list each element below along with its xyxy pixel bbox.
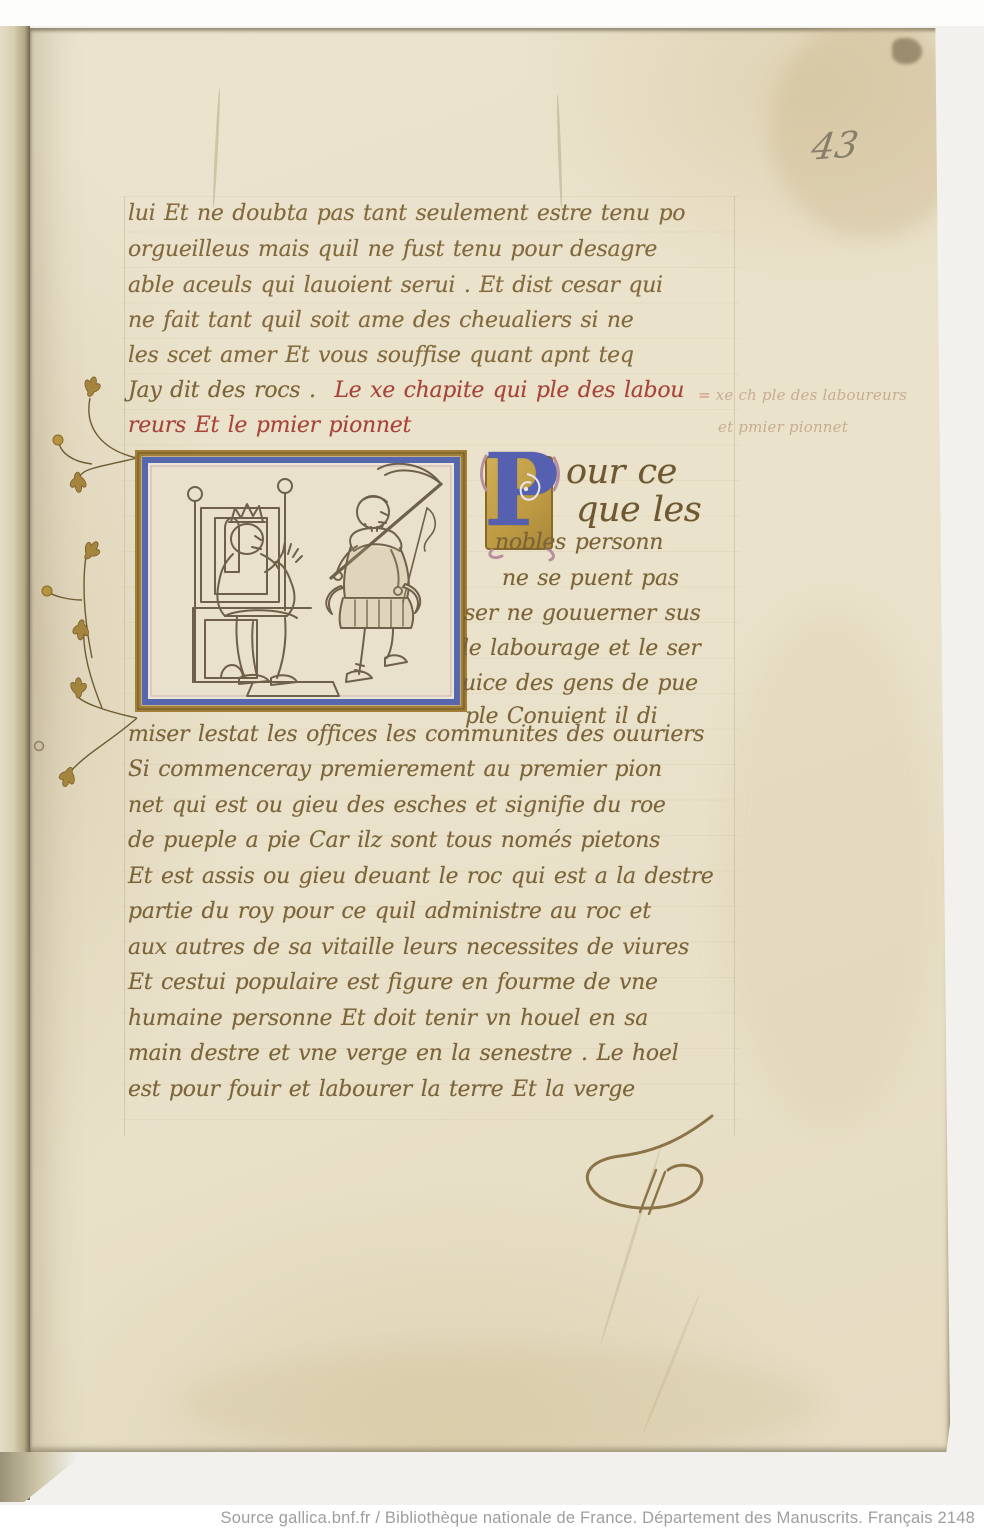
margin-note-text: xe ch ple des laboureurs (716, 386, 907, 404)
crease-mark (556, 94, 563, 209)
text-line: ne fait tant quil soit ame des cheualier… (128, 308, 633, 333)
bottom-page-edge (0, 1452, 86, 1502)
text-line: lui Et ne doubta pas tant seulement estr… (128, 201, 685, 226)
rubric-title: Le xe chapite qui ple des labou (334, 378, 684, 403)
gutter-page-sliver (0, 20, 30, 1500)
parchment-leaf: 43 1 lui Et ne doubta pas tant seulement… (30, 28, 950, 1452)
folio-number: 43 (809, 124, 861, 168)
ink-smudge (892, 38, 922, 64)
end-flourish-icon (560, 1110, 750, 1215)
top-margin-band (0, 0, 984, 26)
text-line: ne se puent pas (502, 566, 679, 591)
text-line: main destre et vne verge en la senestre … (128, 1041, 678, 1066)
attribution-footer: Source gallica.bnf.fr / Bibliothèque nat… (0, 1505, 984, 1536)
rubric-line-mixed: Jay dit des rocs . Le xe chapite qui ple… (128, 378, 684, 403)
opening-word: our ce (566, 452, 677, 492)
stain (770, 18, 970, 238)
text-line: ser ne gouuerner sus (464, 601, 701, 626)
crease-mark (642, 1293, 701, 1433)
gallica-manuscript-scan: 43 1 lui Et ne doubta pas tant seulement… (0, 0, 984, 1536)
opening-word: que les (576, 490, 701, 530)
margin-note-mark: = (698, 386, 711, 404)
stain (180, 1348, 820, 1458)
crease-mark (212, 88, 221, 208)
margin-note-line: = xe ch ple des laboureurs (698, 386, 907, 404)
text-line: le labourage et le ser (462, 636, 701, 661)
text-line: uice des gens de pue (462, 671, 698, 696)
text-line: aux autres de sa vitaille leurs necessit… (128, 935, 689, 960)
rubric-line-2: reurs Et le pmier pionnet (128, 413, 411, 438)
stain (720, 608, 940, 1128)
rubric-prefix: Jay dit des rocs . (128, 378, 316, 403)
text-line: Et cestui populaire est figure en fourme… (128, 970, 658, 995)
text-line: miser lestat les offices les communites … (128, 722, 704, 747)
edge-pen-mark: 1 (938, 44, 955, 74)
margin-rule-right (734, 196, 735, 1136)
photo-background: 43 1 lui Et ne doubta pas tant seulement… (0, 0, 984, 1505)
text-line: humaine personne Et doit tenir vn houel … (128, 1006, 648, 1031)
miniature-king-and-laborer (135, 450, 467, 712)
text-line: nobles personn (495, 530, 663, 555)
margin-note-line: et pmier pionnet (718, 418, 848, 436)
text-line: les scet amer Et vous souffise quant apn… (128, 343, 634, 368)
text-line: net qui est ou gieu des esches et signif… (128, 793, 666, 818)
text-line: Si commenceray premierement au premier p… (128, 757, 662, 782)
attribution-text: Source gallica.bnf.fr / Bibliothèque nat… (221, 1509, 975, 1528)
text-line: Et est assis ou gieu deuant le roc qui e… (128, 864, 714, 889)
text-line: de pueple a pie Car ilz sont tous només … (128, 828, 660, 853)
text-line: orgueilleus mais quil ne fust tenu pour … (128, 237, 657, 262)
text-line: partie du roy pour ce quil administre au… (128, 899, 651, 924)
text-line: able aceuls qui lauoient serui . Et dist… (128, 273, 663, 298)
text-line: est pour fouir et labourer la terre Et l… (128, 1077, 635, 1102)
